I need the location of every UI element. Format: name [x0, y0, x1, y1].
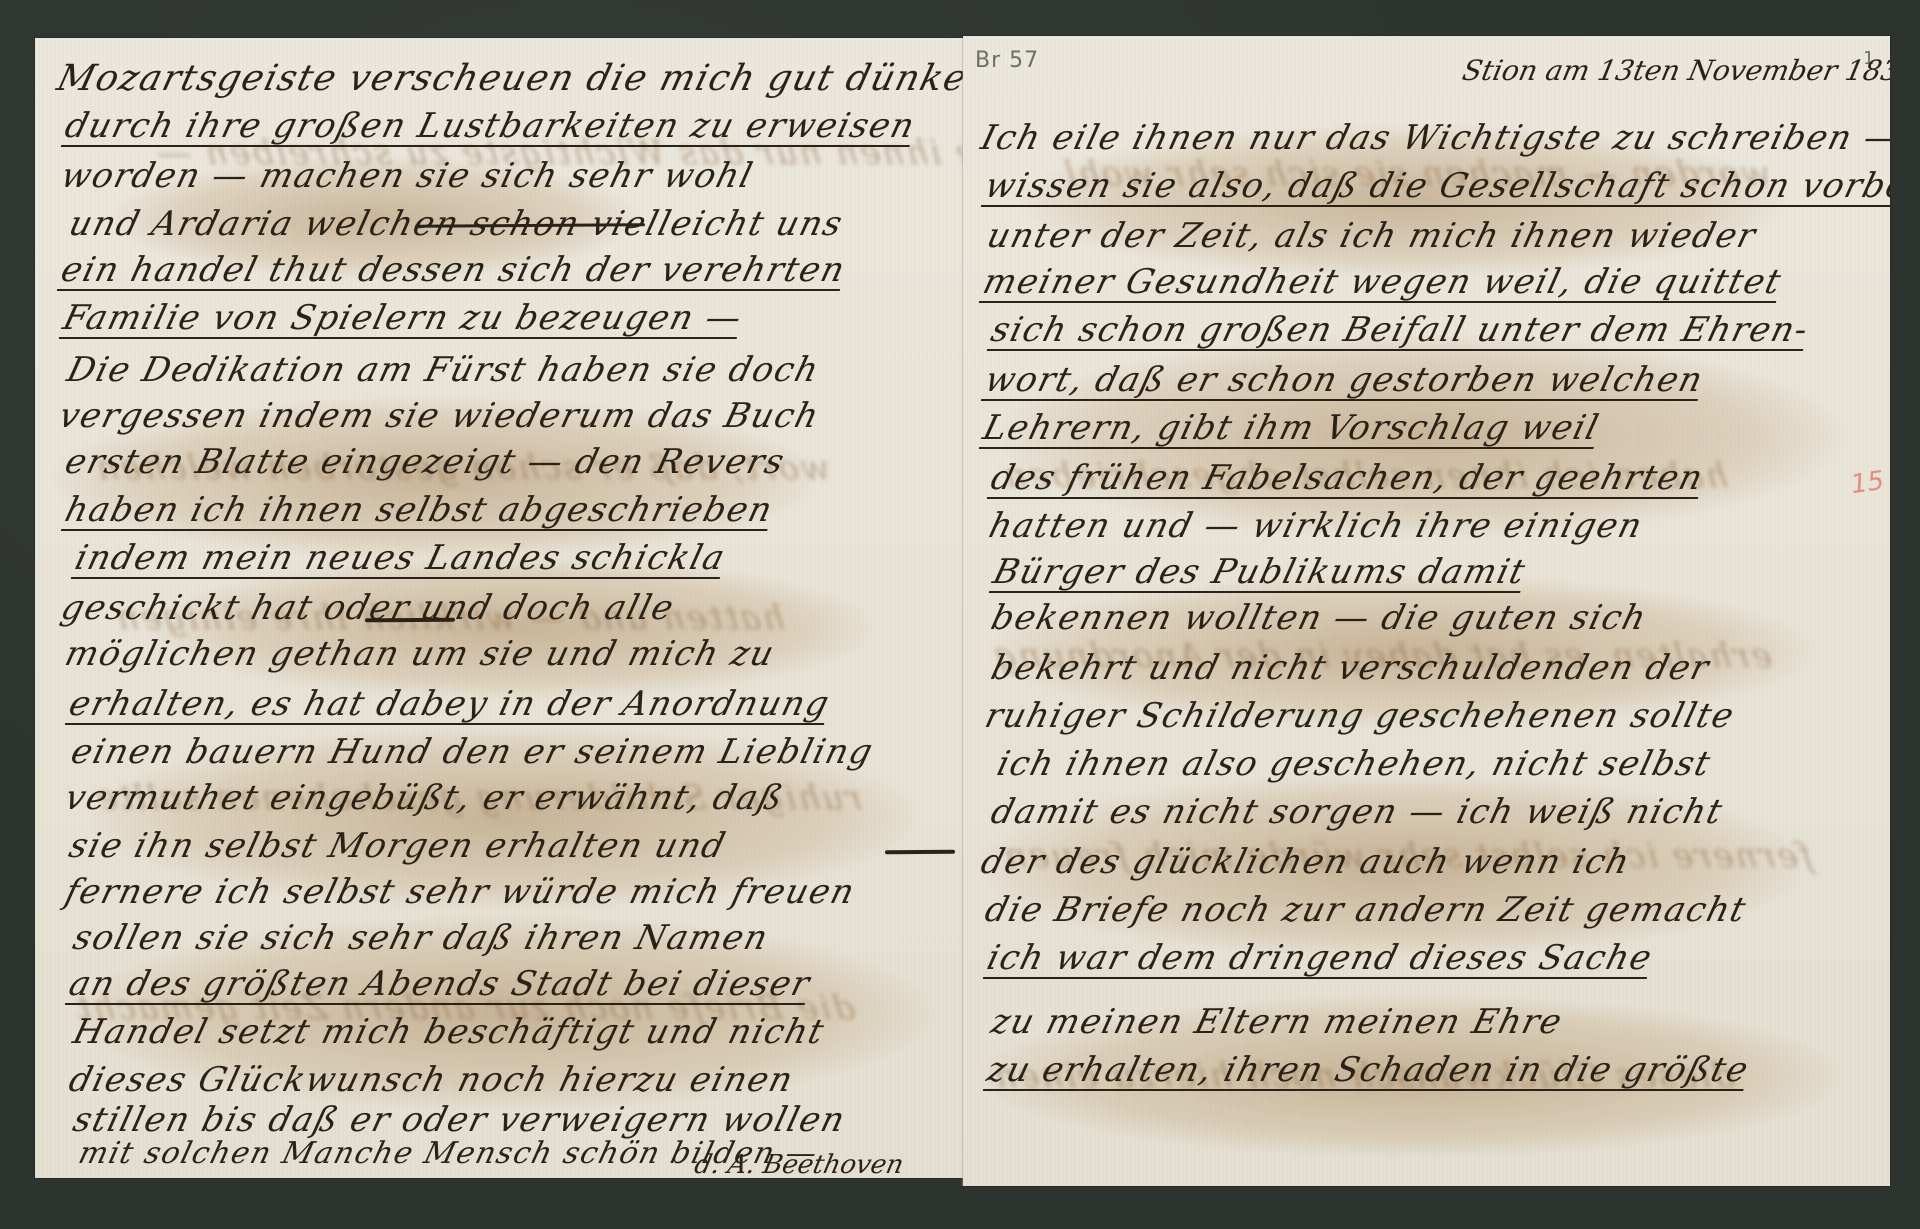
handwriting-line: unter der Zeit, als ich mich ihnen wiede…	[983, 216, 1761, 256]
handwriting-line: haben ich ihnen selbst abgeschrieben	[61, 490, 777, 530]
handwriting-line: vermuthet eingebüßt, er erwähnt, daß	[61, 778, 788, 818]
handwriting-line: stillen bis daß er oder verweigern wolle…	[69, 1100, 850, 1140]
right-page: worden — machen sie sich sehr wohl haben…	[963, 36, 1890, 1186]
handwriting-line: Die Dedikation am Fürst haben sie doch	[63, 350, 824, 390]
handwriting-line: ich war dem dringend dieses Sache	[983, 938, 1657, 978]
handwriting-line: Handel setzt mich beschäftigt und nicht	[69, 1012, 829, 1052]
handwriting-line: ruhiger Schilderung geschehenen sollte	[981, 696, 1739, 736]
handwriting-line: fernere ich selbst sehr würde mich freue…	[61, 872, 860, 912]
handwriting-line: ersten Blatte eingezeigt — den Revers	[61, 442, 789, 482]
red-crayon-mark: 15	[1849, 466, 1886, 500]
closing-signature: d. A. Beethoven	[692, 1150, 906, 1178]
handwriting-line: sie ihn selbst Morgen erhalten und	[65, 826, 730, 866]
handwriting-line: hatten und — wirklich ihre einigen	[985, 506, 1647, 546]
handwriting-line: indem mein neues Landes schickla	[71, 538, 730, 578]
handwriting-line: zu meinen Eltern meinen Ehre	[987, 1002, 1567, 1042]
handwriting-line: die Briefe noch zur andern Zeit gemacht	[981, 890, 1751, 930]
handwriting-line: ich ihnen also geschehen, nicht selbst	[993, 744, 1715, 784]
letter-dateline: Stion am 13ten November 1832	[1459, 54, 1890, 87]
handwriting-line: erhalten, es hat dabey in der Anordnung	[65, 684, 834, 724]
handwriting-line: der des glücklichen auch wenn ich	[977, 842, 1635, 882]
handwriting-line: vergessen indem sie wiederum das Buch	[55, 396, 824, 436]
handwriting-line: möglichen gethan um sie und mich zu	[61, 634, 779, 674]
handwriting-line: Lehrern, gibt ihm Vorschlag weil	[979, 408, 1604, 448]
handwriting-line: Bürger des Publikums damit	[989, 552, 1530, 592]
handwriting-line: wissen sie also, daß die Gesellschaft sc…	[981, 166, 1890, 206]
handwriting-line: damit es nicht sorgen — ich weiß nicht	[987, 792, 1727, 832]
handwriting-line: ein handel thut dessen sich der verehrte…	[57, 250, 850, 290]
strikethrough-mark	[885, 850, 955, 854]
handwriting-line: des frühen Fabelsachen, der geehrten	[987, 458, 1708, 498]
handwriting-line: sollen sie sich sehr daß ihren Namen	[69, 918, 773, 958]
handwriting-line: wort, daß er schon gestorben welchen	[981, 360, 1708, 400]
handwriting-line: Ich eile ihnen nur das Wichtigste zu sch…	[977, 118, 1890, 158]
handwriting-line: dieses Glückwunsch noch hierzu einen	[65, 1060, 798, 1100]
strikethrough-mark	[365, 618, 455, 623]
handwriting-line: einen bauern Hund den er seinem Liebling	[67, 732, 878, 772]
handwriting-line: worden — machen sie sich sehr wohl	[57, 156, 758, 196]
archive-shelfmark: Br 57	[975, 48, 1039, 73]
handwriting-line: durch ihre großen Lustbarkeiten zu erwei…	[61, 106, 920, 146]
handwriting-line: Mozartsgeiste verscheuen die mich gut dü…	[53, 58, 963, 99]
handwriting-line: zu erhalten, ihren Schaden in die größte	[983, 1050, 1753, 1090]
handwriting-line: bekehrt und nicht verschuldenden der	[987, 648, 1714, 688]
left-page: Ich eile ihnen nur das Wichtigste zu sch…	[35, 38, 963, 1178]
handwriting-line: meiner Gesundheit wegen weil, die quitte…	[979, 262, 1786, 302]
handwriting-line: an des größten Abends Stadt bei dieser	[65, 964, 815, 1004]
letter-sheet: Ich eile ihnen nur das Wichtigste zu sch…	[35, 38, 1890, 1186]
handwriting-line: Familie von Spielern zu bezeugen —	[59, 298, 747, 338]
handwriting-line: bekennen wollten — die guten sich	[987, 598, 1651, 638]
handwriting-line: sich schon großen Beifall unter dem Ehre…	[987, 310, 1813, 350]
